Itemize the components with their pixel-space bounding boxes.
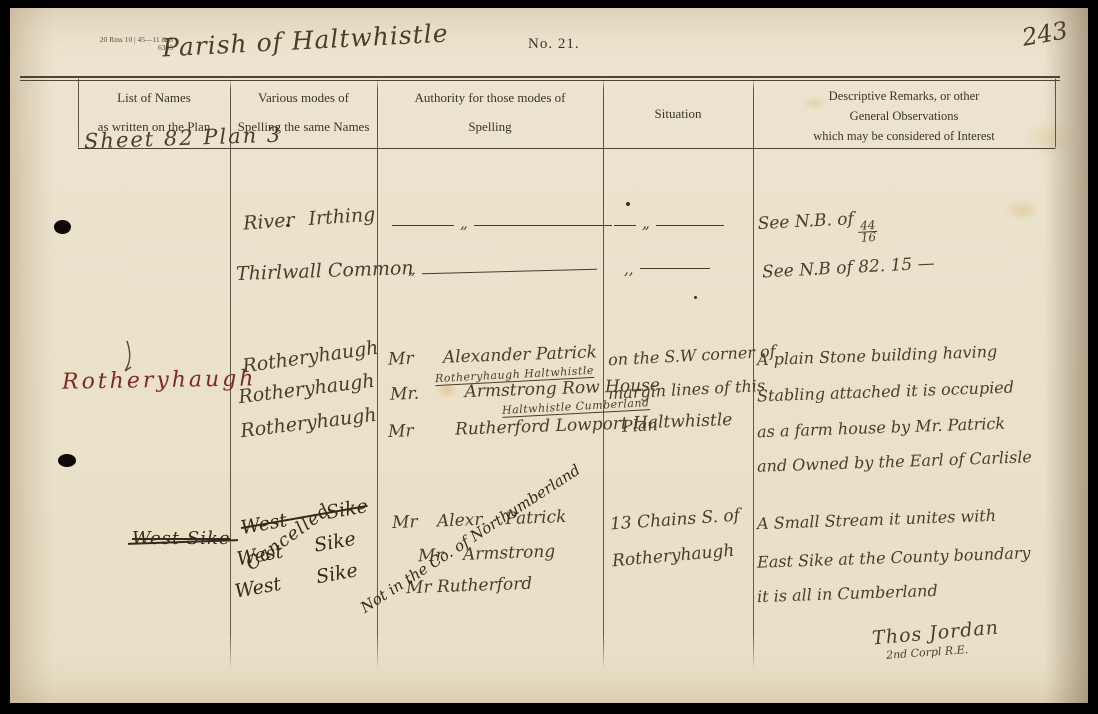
table-top-rule-outer (20, 76, 1060, 78)
river-situation-ditto: „ (614, 220, 724, 232)
west-sike-remark-3: it is all in Cumberland (757, 581, 938, 606)
ditto-dash (392, 225, 454, 227)
rotheryhaugh-remark-4: and Owned by the Earl of Carlisle (757, 447, 1032, 476)
river-remark-text: See N.B. of (757, 209, 854, 234)
authority-3-name: Rutherford Lowport Haltwhistle (455, 410, 733, 440)
col-header-names-line1: List of Names (78, 90, 230, 106)
ink-blob (54, 220, 71, 234)
fraction-denominator: 16 (858, 232, 878, 244)
authority-3-title: Mr (388, 421, 414, 442)
printer-stamp-line2: 6395 (68, 44, 173, 52)
page-number: No. 21. (528, 36, 580, 53)
authority-2-title: Mr. (390, 384, 420, 405)
ditto-dash (422, 269, 597, 276)
rotheryhaugh-remark-1: A plain Stone building having (757, 342, 998, 369)
ditto-mark: „ (454, 214, 474, 232)
west-sike-situation-2: Rotheryhaugh (611, 541, 735, 572)
spelling-rotheryhaugh-3: Rotheryhaugh (239, 404, 378, 443)
west-sike-remark-1: A Small Stream it unites with (757, 506, 997, 533)
ditto-dash (474, 225, 612, 227)
ink-blob (58, 454, 76, 467)
plan-name-west-sike-cancelled: West Sike (132, 528, 231, 549)
col-header-spelling-line1: Various modes of (230, 90, 377, 106)
col-rule-4 (753, 78, 754, 670)
folio-number: 243 (1020, 16, 1070, 52)
thirlwall-authority-ditto: „ (402, 266, 597, 278)
table-right-rule (1055, 78, 1056, 150)
ink-speck (626, 202, 630, 206)
ditto-mark: ,, (618, 260, 640, 278)
rotheryhaugh-situation-3: Plan (622, 415, 659, 436)
ditto-dash (656, 225, 724, 227)
ditto-mark: „ (636, 214, 656, 232)
west-sike-situation-1: 13 Chains S. of (609, 505, 740, 534)
thirlwall-situation-ditto: ,, (618, 260, 710, 278)
col-header-remarks-line1: Descriptive Remarks, or other (753, 86, 1055, 106)
printer-stamp: 20 Rms 10 | 45—11 & 8 6395 (68, 36, 173, 52)
rotheryhaugh-situation-1: on the S.W corner of (608, 342, 776, 370)
ink-speck (694, 296, 697, 299)
col-header-authority-line1: Authority for those modes of (377, 90, 603, 106)
ditto-dash (640, 268, 710, 270)
ink-speck (286, 224, 290, 227)
ditto-mark: „ (402, 260, 422, 278)
river-remark-fraction: 4416 (858, 220, 878, 244)
col-header-authority: Authority for those modes of Spelling (377, 90, 603, 135)
spelling-rotheryhaugh-2: Rotheryhaugh (237, 370, 376, 409)
thirlwall-remark: See N.B of 82. 15 — (762, 253, 935, 282)
river-authority-ditto: „ (392, 220, 612, 232)
rotheryhaugh-remark-3: as a farm house by Mr. Patrick (757, 414, 1006, 442)
document-page: 20 Rms 10 | 45—11 & 8 6395 Parish of Hal… (10, 8, 1088, 703)
col-header-authority-line2: Spelling (377, 119, 603, 135)
rotheryhaugh-remark-2: Stabling attached it is occupied (757, 378, 1015, 406)
table-top-rule-inner (20, 80, 1060, 81)
col-header-remarks-line3: which may be considered of Interest (753, 126, 1055, 146)
west-sike-remark-2: East Sike at the County boundary (757, 543, 1031, 572)
ditto-dash (614, 225, 636, 227)
plan-name-rotheryhaugh: Rotheryhaugh (62, 366, 257, 394)
entry-thirlwall-common: Thirlwall Common (236, 257, 414, 285)
col-header-remarks: Descriptive Remarks, or other General Ob… (753, 86, 1055, 146)
col-header-situation: Situation (603, 106, 753, 122)
scan-background: 20 Rms 10 | 45—11 & 8 6395 Parish of Hal… (0, 0, 1098, 714)
authority-1-title: Mr (388, 349, 414, 370)
col-rule-2 (377, 78, 378, 670)
col-rule-3 (603, 78, 604, 670)
river-remark: See N.B. of4416 (757, 208, 878, 249)
parish-title: Parish of Haltwhistle (161, 19, 449, 63)
col-header-remarks-line2: General Observations (753, 106, 1055, 126)
entry-river-irthing: River Irthing (242, 203, 376, 234)
